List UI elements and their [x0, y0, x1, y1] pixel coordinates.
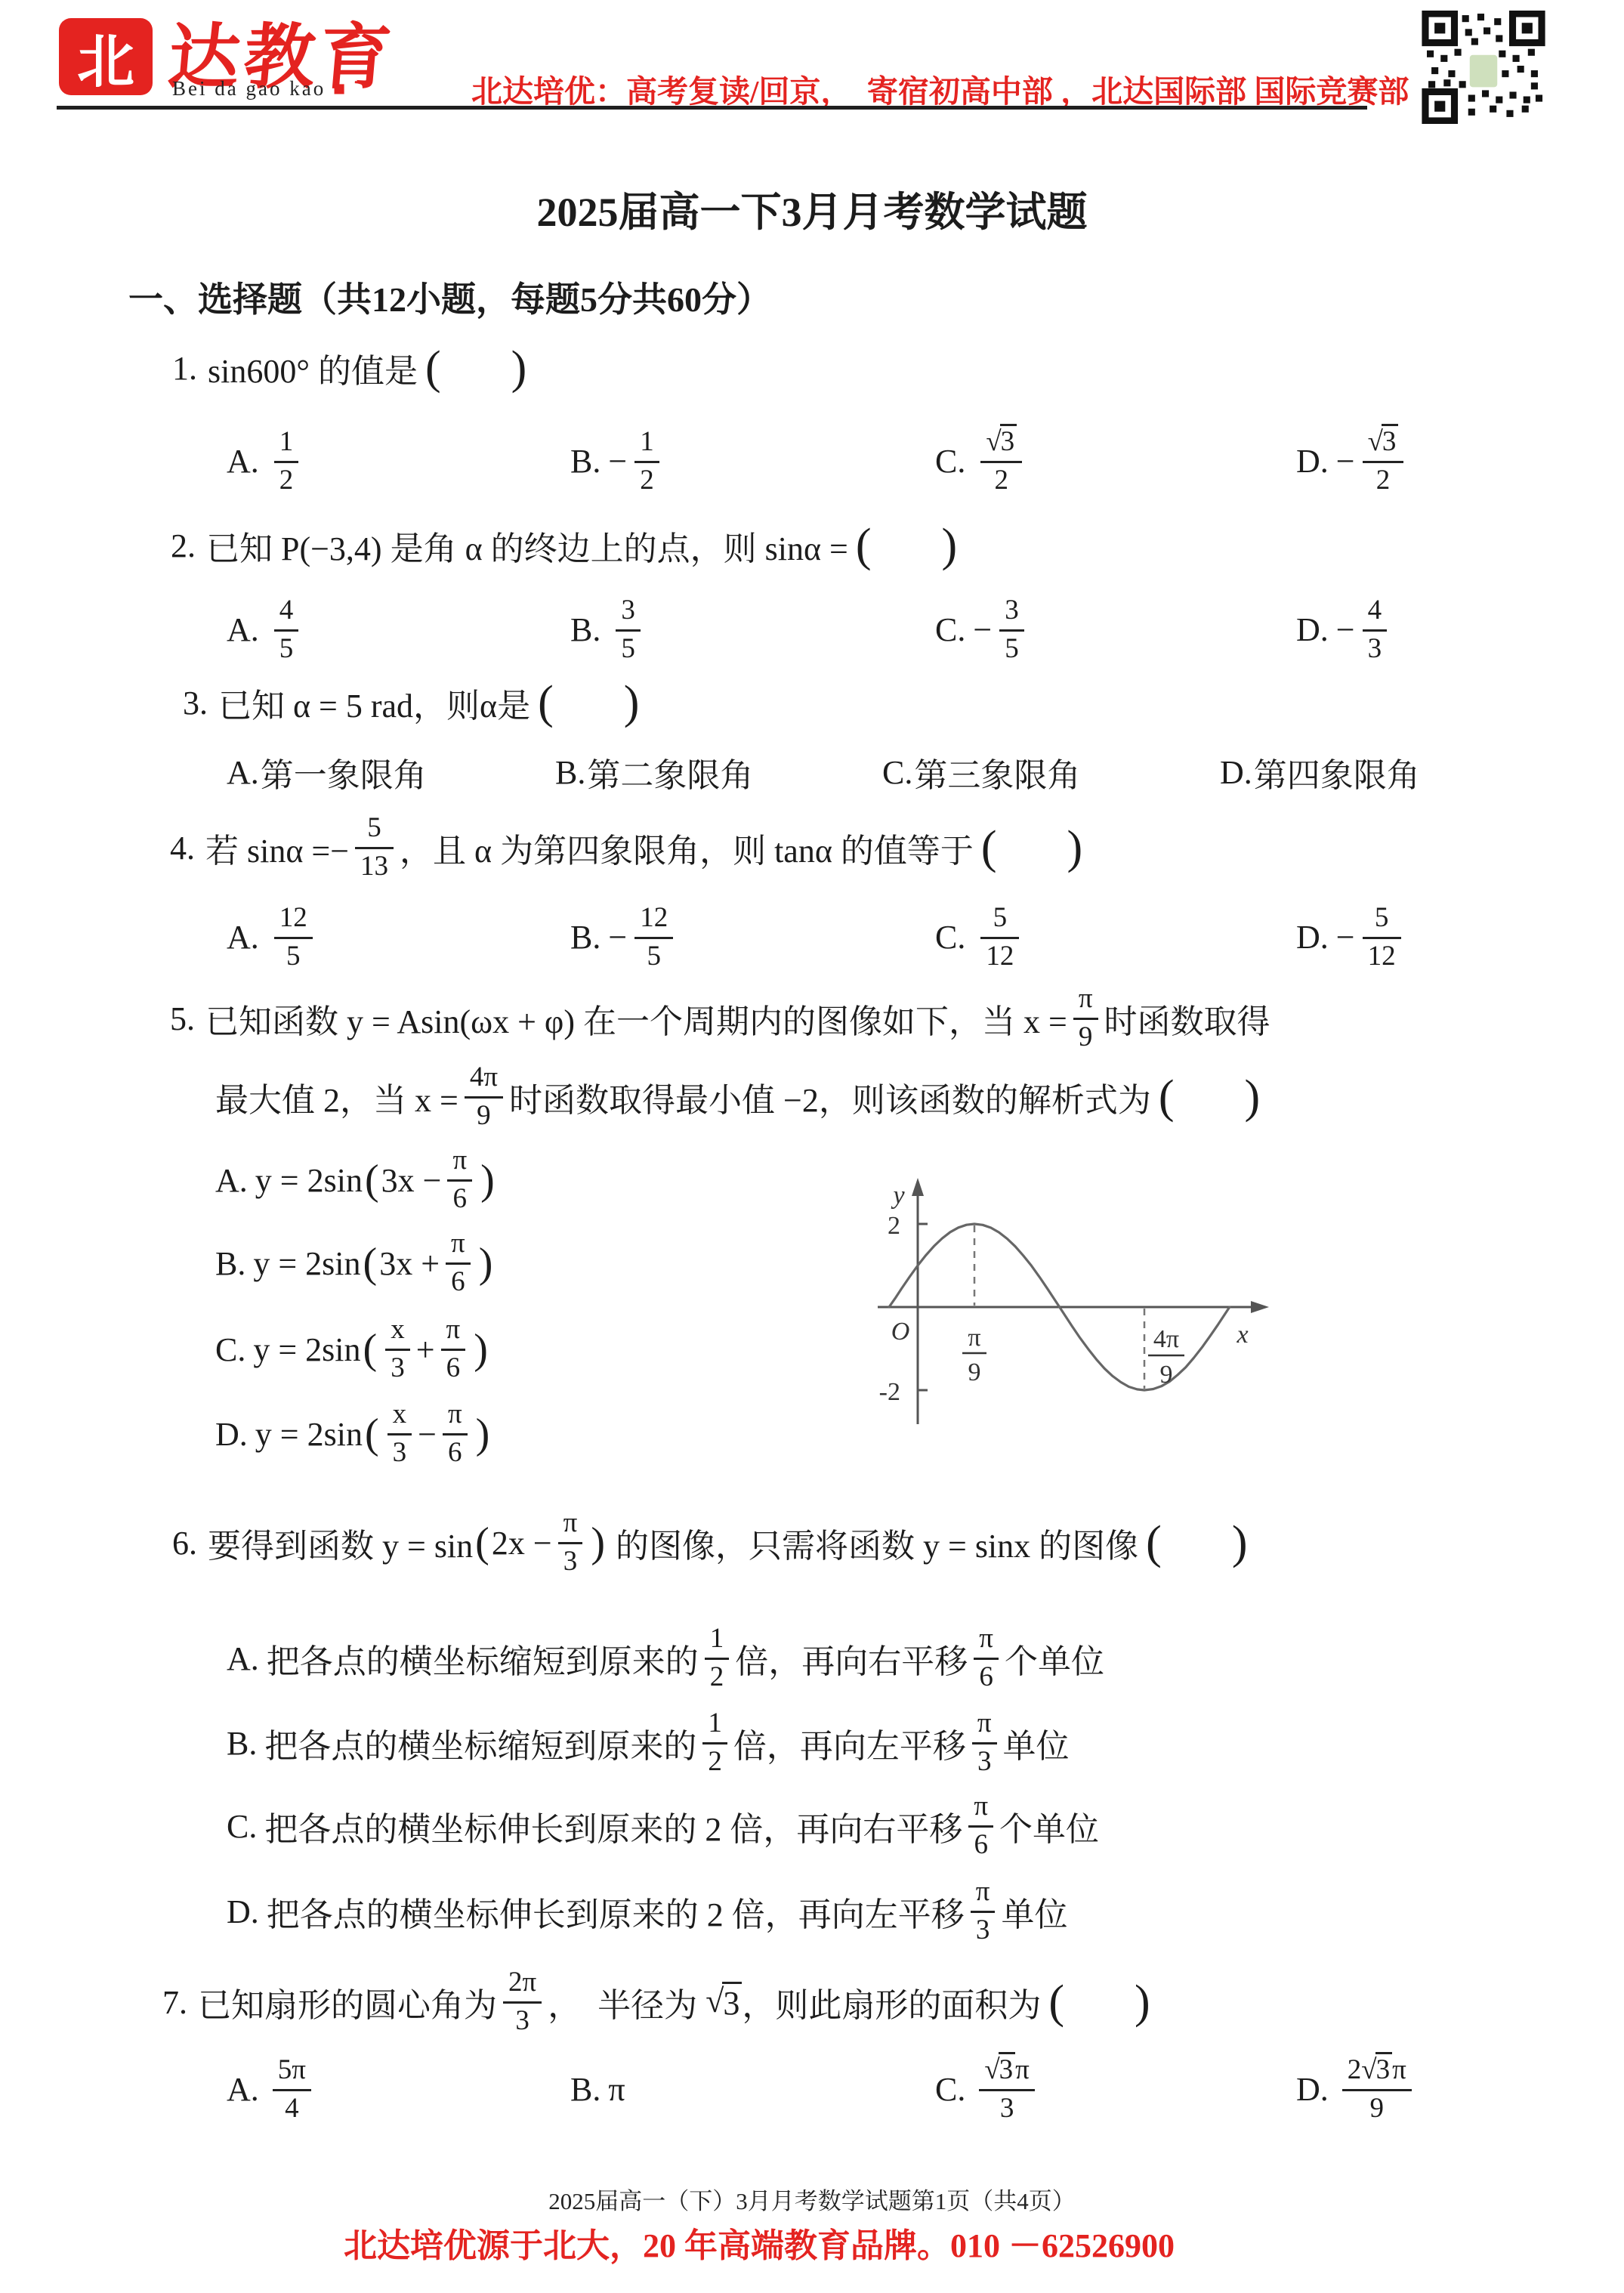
option-label: C. [227, 1807, 257, 1846]
option-label: D. [1220, 753, 1252, 792]
q7-option-a: A. 5π4 [227, 2038, 317, 2140]
formula-term: 3x + [379, 1244, 440, 1283]
open-paren: ( [475, 1519, 489, 1567]
q2-option-a: A. 45 [227, 579, 304, 681]
formula-lhs: y = 2sin [255, 1415, 363, 1454]
q3-option-a: A. 第一象限角 [227, 749, 427, 795]
footer-slogan: 北达培优源于北大，20 年高端教育品牌。010 －62526900 [0, 2218, 1518, 2267]
fraction: x3 [385, 1315, 410, 1383]
denominator: 6 [446, 1262, 471, 1298]
brand-subtitle: Bei da gao kao ■ [172, 77, 347, 100]
answer-paren: ( ) [1048, 1976, 1150, 2029]
fraction: √32 [1363, 427, 1404, 496]
option-label: D. [1296, 918, 1329, 956]
red-square-icon: ■ [333, 77, 347, 100]
fraction: 513 [355, 813, 394, 882]
fraction: 2π3 [503, 1967, 542, 2036]
q5-option-c: C. y = 2sin ( x3 + π6 ) [215, 1308, 490, 1391]
fraction: π6 [447, 1145, 472, 1214]
denominator: 5 [616, 629, 641, 665]
option-text: 第一象限角 [261, 748, 427, 796]
header-tagline: 北达培优：高考复读/回京， 寄宿初高中部 ，北达国际部 国际竞赛部 [471, 66, 1409, 111]
option-text: 个单位 [999, 1802, 1099, 1850]
q4-option-d: D. − 512 [1296, 886, 1407, 988]
close-paren: ) [476, 1410, 490, 1458]
radicand: 3 [1000, 424, 1017, 457]
q6-option-b: B. 把各点的横坐标缩短到原来的 12 倍，再向左平移 π3 单位 [227, 1701, 1070, 1785]
radical-icon: √ [986, 426, 999, 457]
denominator: 12 [1363, 937, 1401, 972]
q1-option-a: A. 12 [227, 410, 304, 512]
denominator: 3 [387, 1433, 412, 1469]
option-label: B. [555, 753, 585, 792]
fraction: 45 [274, 595, 299, 664]
num-main: 1 [279, 426, 294, 457]
fraction: 512 [980, 903, 1019, 972]
num-main: 5 [1375, 902, 1389, 933]
question-6: 6. 要得到函数 y = sin ( 2x − π3 ) 的图像，只需将函数 y… [172, 1501, 1247, 1584]
fraction: π6 [968, 1791, 993, 1860]
numerator: π [1073, 984, 1098, 1018]
option-label: C. [935, 918, 965, 956]
option-label: D. [215, 1415, 248, 1454]
question-text: 时函数取得最小值 −2，则该函数的解析式为 [509, 1073, 1151, 1121]
footer-page-info: 2025届高一（下）3月月考数学试题第1页（共4页） [0, 2182, 1624, 2216]
trough-x-denominator: 9 [1160, 1361, 1173, 1389]
question-number: 6. [172, 1524, 197, 1562]
option-text: 把各点的横坐标伸长到原来的 2 倍，再向右平移 [264, 1802, 962, 1850]
numerator: 4 [1363, 595, 1388, 629]
minus-sign: − [608, 442, 627, 481]
exam-page: 北 达教育 Bei da gao kao ■ 北达培优：高考复读/回京， 寄宿初… [0, 0, 1624, 2293]
numerator: π [558, 1508, 583, 1542]
fraction: 2√3π9 [1342, 2055, 1412, 2124]
question-text: 的图像，只需将函数 y = sinx 的图像 [607, 1519, 1138, 1567]
option-text: 第四象限角 [1254, 748, 1420, 796]
q1-option-d: D. − √32 [1296, 410, 1409, 512]
fraction: 35 [999, 595, 1024, 664]
qr-code [1422, 11, 1545, 124]
fraction: x3 [387, 1399, 412, 1468]
radical-icon: √ [705, 1982, 722, 2020]
question-text: 已知函数 y = Asin(ωx + φ) 在一个周期内的图像如下，当 x = [205, 994, 1067, 1043]
denominator: 3 [385, 1349, 410, 1384]
numerator: √3 [1363, 427, 1404, 461]
logo-seal: 北 [59, 18, 153, 95]
y-min-tick: -2 [879, 1378, 900, 1406]
fraction: 12 [274, 427, 299, 496]
option-label: A. [215, 1161, 248, 1200]
num-main: 4 [1368, 595, 1382, 626]
option-label: A. [227, 610, 259, 649]
num-main: 3 [621, 595, 635, 626]
open-paren: ( [365, 1156, 379, 1204]
option-label: D. [1296, 610, 1329, 649]
question-number: 2. [171, 527, 196, 565]
answer-paren: ( ) [538, 676, 639, 730]
q5-option-d: D. y = 2sin ( x3 − π6 ) [215, 1392, 492, 1476]
question-text: ，且 α 为第四象限角，则 tanα 的值等于 [400, 824, 974, 872]
option-text: 把各点的横坐标缩短到原来的 [267, 1634, 699, 1683]
numerator: 1 [705, 1624, 730, 1658]
radical-icon: √ [1361, 2054, 1375, 2085]
question-text: 时函数取得 [1104, 994, 1270, 1043]
q4-option-c: C. 512 [935, 886, 1025, 988]
numerator: 5 [355, 813, 394, 847]
question-4: 4. 若 sinα =− 513 ，且 α 为第四象限角，则 tanα 的值等于… [170, 802, 1082, 893]
fraction: 12 [634, 427, 659, 496]
num-main: 3 [1005, 595, 1019, 626]
origin-label: O [891, 1318, 910, 1346]
denominator: 9 [1073, 1018, 1098, 1053]
num-main: 12 [640, 902, 668, 933]
denominator: 6 [441, 1349, 466, 1384]
minus-sign: − [1336, 442, 1355, 481]
fraction: √3π3 [979, 2055, 1035, 2124]
formula-lhs: y = 2sin [253, 1244, 360, 1283]
question-number: 7. [162, 1983, 187, 2022]
denominator: 2 [702, 1742, 727, 1778]
denominator: 6 [968, 1825, 993, 1861]
option-label: B. [570, 2070, 601, 2109]
num-post: π [1392, 2054, 1406, 2085]
denominator: 2 [705, 1658, 730, 1693]
formula-term: 3x − [381, 1161, 442, 1200]
num-main: 4 [279, 595, 294, 626]
denominator: 2 [274, 461, 299, 496]
question-7: 7. 已知扇形的圆心角为 2π3 ， 半径为 √3 ，则此扇形的面积为 ( ) [162, 1961, 1150, 2044]
denominator: 3 [972, 1742, 997, 1778]
q7-option-b: B. π [570, 2038, 625, 2140]
formula-term: 2x − [492, 1524, 552, 1562]
numerator: 1 [634, 427, 659, 461]
fraction: 4π9 [465, 1062, 503, 1131]
question-number: 5. [170, 1000, 195, 1038]
question-text: 已知扇形的圆心角为 [198, 1978, 497, 2026]
option-label: A. [227, 442, 259, 481]
option-label: A. [227, 753, 259, 792]
question-1: 1. sin600° 的值是 ( ) [172, 334, 526, 402]
numerator: 4 [274, 595, 299, 629]
page-title: 2025届高一下3月月考数学试题 [0, 180, 1624, 238]
fraction: 512 [1363, 903, 1401, 972]
close-paren: ) [480, 1156, 495, 1204]
numerator: π [441, 1315, 466, 1349]
numerator: 1 [702, 1708, 727, 1742]
numerator: 3 [616, 595, 641, 629]
option-label: B. [570, 442, 601, 481]
denominator: 6 [974, 1658, 999, 1693]
open-paren: ( [365, 1410, 379, 1458]
option-label: D. [1296, 2070, 1329, 2109]
denominator: 3 [558, 1542, 583, 1578]
header-divider [57, 106, 1367, 110]
question-text: 若 sinα =− [205, 824, 349, 872]
option-text: 把各点的横坐标缩短到原来的 [264, 1719, 696, 1767]
numerator: 5 [1363, 903, 1401, 937]
option-label: C. [882, 753, 912, 792]
section-heading: 一、选择题（共12小题，每题5分共60分） [128, 272, 771, 322]
answer-paren: ( ) [856, 519, 957, 573]
fraction: π6 [443, 1399, 468, 1468]
radicand: 3 [722, 1982, 742, 2023]
option-label: B. [570, 918, 601, 956]
option-text: 把各点的横坐标伸长到原来的 2 倍，再向左平移 [267, 1887, 965, 1936]
fraction: π3 [558, 1508, 583, 1577]
fraction: π6 [974, 1624, 999, 1692]
minus-sign: − [1336, 918, 1355, 956]
numerator: 12 [274, 903, 313, 937]
numerator: 5π [273, 2055, 311, 2089]
question-text: ，则此扇形的面积为 [742, 1978, 1041, 2026]
q2-option-b: B. 35 [570, 579, 647, 681]
radical-icon: √ [1368, 426, 1382, 457]
open-paren: ( [363, 1325, 378, 1374]
numerator: 2π [503, 1967, 542, 2001]
denominator: 13 [355, 847, 394, 882]
option-text: 第三象限角 [914, 748, 1080, 796]
q7-option-d: D. 2√3π9 [1296, 2038, 1418, 2140]
trough-x-numerator: 4π [1153, 1325, 1179, 1353]
question-text: 已知 α = 5 rad，则α是 [218, 678, 530, 727]
numerator: π [447, 1145, 472, 1179]
option-text: π [608, 2070, 625, 2109]
fraction: π9 [1073, 984, 1098, 1052]
open-paren: ( [363, 1239, 378, 1287]
denominator: 3 [979, 2089, 1035, 2125]
q4-option-b: B. − 125 [570, 886, 679, 988]
qr-center-logo [1470, 55, 1497, 88]
question-3: 3. 已知 α = 5 rad，则α是 ( ) [183, 669, 639, 737]
operator: − [418, 1415, 437, 1454]
numerator: π [971, 1877, 996, 1911]
q2-option-d: D. − 43 [1296, 579, 1393, 681]
option-text: 倍，再向右平移 [735, 1634, 968, 1683]
option-label: C. [935, 2070, 965, 2109]
operator: + [416, 1330, 435, 1369]
option-label: C. [935, 442, 965, 481]
q4-option-a: A. 125 [227, 886, 319, 988]
q2-option-c: C. − 35 [935, 579, 1030, 681]
option-label: B. [215, 1244, 245, 1283]
option-label: C. [935, 610, 965, 649]
option-label: D. [227, 1893, 259, 1931]
fraction: 43 [1363, 595, 1388, 664]
answer-paren: ( ) [1146, 1516, 1247, 1570]
option-text: 单位 [1001, 1887, 1067, 1936]
option-label: A. [227, 1639, 259, 1678]
numerator: 2√3π [1342, 2055, 1412, 2089]
num-main: 1 [640, 426, 654, 457]
q1-option-b: B. − 12 [570, 410, 665, 512]
minus-sign: − [973, 610, 992, 649]
q3-option-c: C. 第三象限角 [882, 749, 1080, 795]
denominator: 6 [443, 1433, 468, 1469]
denominator: 9 [1342, 2089, 1412, 2125]
denominator: 5 [274, 937, 313, 972]
q3-option-d: D. 第四象限角 [1220, 749, 1420, 795]
radical-icon: √ [984, 2054, 998, 2085]
question-text: 要得到函数 y = sin [208, 1519, 473, 1567]
minus-sign: − [608, 918, 627, 956]
close-paren: ) [591, 1519, 605, 1567]
denominator: 2 [634, 461, 659, 496]
denominator: 5 [274, 629, 299, 665]
fraction: 35 [616, 595, 641, 664]
num-pre: 2 [1348, 2054, 1362, 2085]
question-5-line1: 5. 已知函数 y = Asin(ωx + φ) 在一个周期内的图像如下，当 x… [170, 977, 1270, 1060]
question-number: 4. [170, 829, 195, 867]
q6-option-d: D. 把各点的横坐标伸长到原来的 2 倍，再向左平移 π3 单位 [227, 1870, 1067, 1953]
fraction: √32 [980, 427, 1022, 496]
denominator: 9 [465, 1096, 503, 1132]
answer-paren: ( ) [981, 821, 1082, 875]
numerator: π [972, 1708, 997, 1742]
question-text: sin600° 的值是 [208, 344, 418, 392]
fraction: π6 [446, 1228, 471, 1297]
option-text: 第二象限角 [587, 748, 753, 796]
option-label: B. [570, 610, 601, 649]
question-number: 3. [183, 684, 208, 722]
radicand: 3 [999, 2052, 1016, 2085]
brand-subtitle-text: Bei da gao kao [172, 77, 326, 100]
option-text: 倍，再向左平移 [733, 1719, 966, 1767]
numerator: 5 [980, 903, 1019, 937]
option-label: D. [1296, 442, 1329, 481]
y-axis-label: y [891, 1182, 905, 1210]
numerator: √3π [979, 2055, 1035, 2089]
denominator: 12 [980, 937, 1019, 972]
fraction: 12 [705, 1624, 730, 1692]
denominator: 3 [1363, 629, 1388, 665]
denominator: 2 [980, 461, 1022, 496]
option-label: C. [215, 1330, 245, 1369]
denominator: 3 [971, 1911, 996, 1946]
numerator: 4π [465, 1062, 503, 1096]
numerator: x [385, 1315, 410, 1349]
sqrt-expression: √3 [705, 1982, 742, 2023]
numerator: π [443, 1399, 468, 1433]
peak-x-numerator: π [968, 1324, 980, 1352]
numerator: π [968, 1791, 993, 1825]
denominator: 6 [447, 1179, 472, 1215]
denominator: 2 [1363, 461, 1404, 496]
option-text: 个单位 [1005, 1634, 1104, 1683]
fraction: 5π4 [273, 2055, 311, 2124]
formula-lhs: y = 2sin [255, 1161, 363, 1200]
x-axis-label: x [1236, 1321, 1248, 1349]
minus-sign: − [1336, 610, 1355, 649]
question-text: 最大值 2，当 x = [215, 1073, 458, 1121]
numerator: 1 [274, 427, 299, 461]
option-label: A. [227, 918, 259, 956]
q6-option-a: A. 把各点的横坐标缩短到原来的 12 倍，再向右平移 π6 个单位 [227, 1617, 1104, 1700]
fraction: 125 [634, 903, 673, 972]
fraction: 12 [702, 1708, 727, 1777]
numerator: √3 [980, 427, 1022, 461]
num-post: π [1015, 2054, 1030, 2085]
question-5-line2: 最大值 2，当 x = 4π9 时函数取得最小值 −2，则该函数的解析式为 ( … [215, 1055, 1260, 1139]
answer-paren: ( ) [425, 341, 526, 395]
denominator: 3 [503, 2001, 542, 2037]
numerator: π [446, 1228, 471, 1262]
close-paren: ) [479, 1239, 493, 1287]
logo-seal-char: 北 [77, 16, 134, 98]
fraction: 125 [274, 903, 313, 972]
numerator: 3 [999, 595, 1024, 629]
num-main: 5π [278, 2054, 306, 2085]
numerator: x [387, 1399, 412, 1433]
denominator: 4 [273, 2089, 311, 2125]
fraction: π3 [972, 1708, 997, 1777]
question-2: 2. 已知 P(−3,4) 是角 α 的终边上的点，则 sinα = ( ) [171, 511, 957, 579]
option-label: B. [227, 1724, 257, 1763]
q5-graph: y 2 -2 O x π 9 4π 9 [861, 1167, 1284, 1469]
denominator: 5 [999, 629, 1024, 665]
numerator: π [974, 1624, 999, 1658]
fraction: π3 [971, 1877, 996, 1945]
q3-option-b: B. 第二象限角 [555, 749, 753, 795]
numerator: 12 [634, 903, 673, 937]
denominator: 5 [634, 937, 673, 972]
answer-paren: ( ) [1159, 1071, 1260, 1124]
option-label: A. [227, 2070, 259, 2109]
close-paren: ) [474, 1325, 488, 1374]
num-main: 12 [279, 902, 307, 933]
radicand: 3 [1382, 424, 1399, 457]
q7-option-c: C. √3π3 [935, 2038, 1041, 2140]
question-number: 1. [172, 349, 197, 388]
radicand: 3 [1375, 2052, 1393, 2085]
q5-option-b: B. y = 2sin ( 3x + π6 ) [215, 1222, 495, 1305]
y-max-tick: 2 [888, 1212, 900, 1240]
question-text: 已知 P(−3,4) 是角 α 的终边上的点，则 sinα = [206, 521, 848, 570]
q6-option-c: C. 把各点的横坐标伸长到原来的 2 倍，再向右平移 π6 个单位 [227, 1785, 1099, 1868]
num-main: 5 [993, 902, 1008, 933]
option-text: 单位 [1003, 1719, 1070, 1767]
peak-x-denominator: 9 [968, 1358, 981, 1386]
q5-option-a: A. y = 2sin ( 3x − π6 ) [215, 1139, 497, 1222]
fraction: π6 [441, 1315, 466, 1383]
question-text: ， 半径为 [548, 1978, 705, 2026]
q1-option-c: C. √32 [935, 410, 1028, 512]
formula-lhs: y = 2sin [253, 1330, 360, 1369]
